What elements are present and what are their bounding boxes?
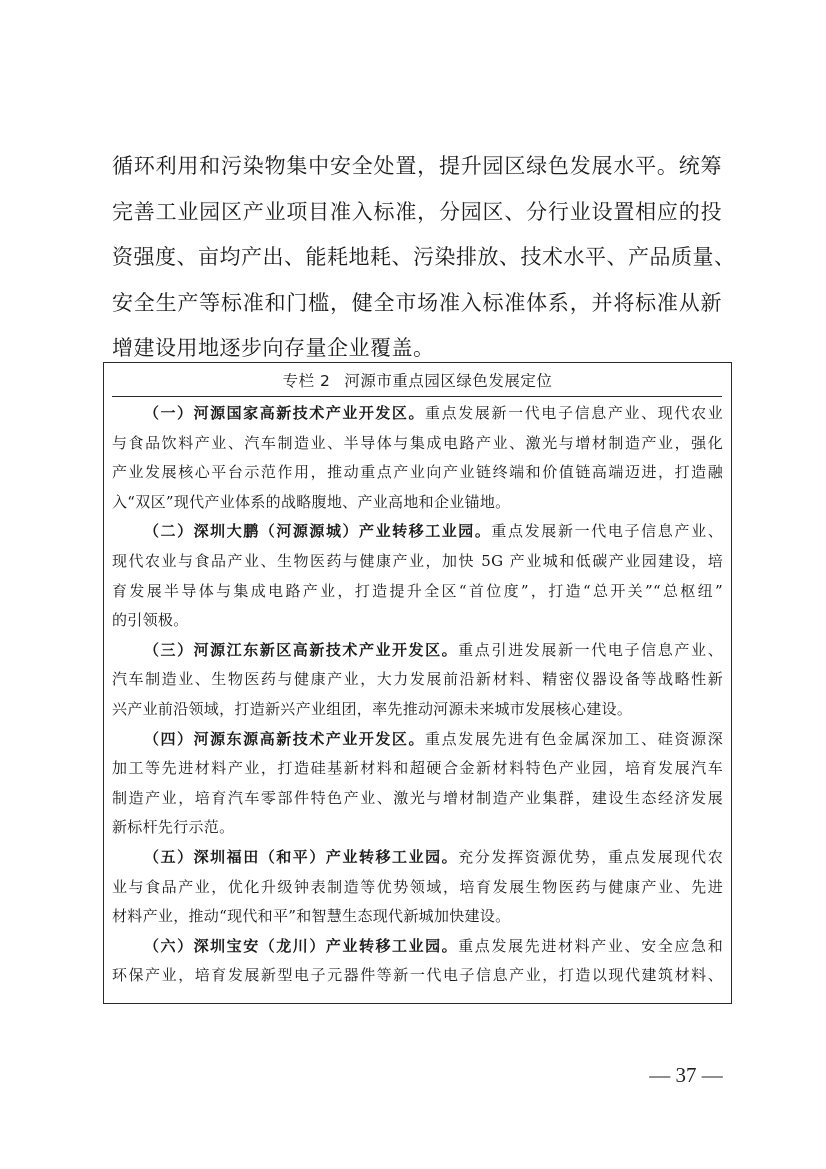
box-title: 专栏 2河源市重点园区绿色发展定位 (104, 369, 731, 393)
box-item-text: 重点发展新一代电子信息产业、现代农业 (425, 404, 723, 422)
body-paragraph: 循环利用和污染物集中安全处置，提升园区绿色发展水平。统筹 完善工业园区产业项目准… (112, 144, 722, 372)
box-body: （一）河源国家高新技术产业开发区。重点发展新一代电子信息产业、现代农业 与食品饮… (112, 399, 723, 991)
body-line: 完善工业园区产业项目准入标准，分园区、分行业设置相应的投 (112, 190, 722, 236)
box-item-first-line: （一）河源国家高新技术产业开发区。重点发展新一代电子信息产业、现代农业 (112, 399, 723, 429)
box-item-text: 重点发展先进材料产业、安全应急和 (458, 937, 723, 955)
box-item-heading: （二）深圳大鹏（河源源城）产业转移工业园。 (144, 522, 491, 540)
box-item-line: 材料产业，推动“现代和平”和智慧生态现代新城加快建设。 (112, 902, 723, 932)
box-item-first-line: （三）河源江东新区高新技术产业开发区。重点引进发展新一代电子信息产业、 (112, 636, 723, 666)
box-item-line: 育发展半导体与集成电路产业，打造提升全区“首位度”，打造“总开关”“总枢纽” (112, 577, 723, 607)
box-item-first-line: （四）河源东源高新技术产业开发区。重点发展先进有色金属深加工、硅资源深 (112, 725, 723, 755)
box-item-line: 制造产业，培育汽车零部件特色产业、激光与增材制造产业集群，建设生态经济发展 (112, 784, 723, 814)
box-item-line: 业与食品产业，优化升级钟表制造等优势领域，培育发展生物医药与健康产业、先进 (112, 873, 723, 903)
body-line: 资强度、亩均产出、能耗地耗、污染排放、技术水平、产品质量、 (112, 235, 722, 281)
box-item-line: 产业发展核心平台示范作用，推动重点产业向产业链终端和价值链高端迈进，打造融 (112, 458, 723, 488)
box-item-text: 重点发展先进有色金属深加工、硅资源深 (425, 730, 723, 748)
box-item-line: 入“双区”现代产业体系的战略腹地、产业高地和企业锚地。 (112, 488, 723, 518)
box-item-line: 与食品饮料产业、汽车制造业、半导体与集成电路产业、激光与增材制造产业，强化 (112, 429, 723, 459)
box-item-first-line: （二）深圳大鹏（河源源城）产业转移工业园。重点发展新一代电子信息产业、 (112, 517, 723, 547)
box-item-heading: （三）河源江东新区高新技术产业开发区。 (144, 641, 458, 659)
box-item-heading: （一）河源国家高新技术产业开发区。 (144, 404, 425, 422)
box-item-text: 重点引进发展新一代电子信息产业、 (458, 641, 723, 659)
box-title-divider (112, 396, 722, 397)
body-line: 循环利用和污染物集中安全处置，提升园区绿色发展水平。统筹 (112, 144, 722, 190)
body-line: 安全生产等标准和门槛，健全市场准入标准体系，并将标准从新 (112, 281, 722, 327)
box-item-heading: （五）深圳福田（和平）产业转移工业园。 (144, 848, 458, 866)
box-item-line: 加工等先进材料产业，打造硅基新材料和超硬合金新材料特色产业园，培育发展汽车 (112, 754, 723, 784)
box-title-number: 专栏 2 (283, 372, 331, 390)
box-title-text: 河源市重点园区绿色发展定位 (344, 372, 552, 390)
box-item-text: 充分发挥资源优势，重点发展现代农 (458, 848, 723, 866)
page-number: — 37 — (640, 1062, 732, 1088)
box-item-heading: （六）深圳宝安（龙川）产业转移工业园。 (144, 937, 458, 955)
box-item-line: 新标杆先行示范。 (112, 813, 723, 843)
box-item-line: 的引领极。 (112, 606, 723, 636)
box-item-line: 兴产业前沿领域，打造新兴产业组团，率先推动河源未来城市发展核心建设。 (112, 695, 723, 725)
box-item-first-line: （五）深圳福田（和平）产业转移工业园。充分发挥资源优势，重点发展现代农 (112, 843, 723, 873)
sidebar-box-zhuanlan: 专栏 2河源市重点园区绿色发展定位 （一）河源国家高新技术产业开发区。重点发展新… (103, 362, 732, 1004)
box-item-text: 重点发展新一代电子信息产业、 (491, 522, 723, 540)
box-item-first-line: （六）深圳宝安（龙川）产业转移工业园。重点发展先进材料产业、安全应急和 (112, 932, 723, 962)
box-item-line: 汽车制造业、生物医药与健康产业，大力发展前沿新材料、精密仪器设备等战略性新 (112, 665, 723, 695)
box-item-heading: （四）河源东源高新技术产业开发区。 (144, 730, 425, 748)
box-item-line: 现代农业与食品产业、生物医药与健康产业，加快 5G 产业城和低碳产业园建设，培 (112, 547, 723, 577)
box-item-line: 环保产业，培育发展新型电子元器件等新一代电子信息产业，打造以现代建筑材料、 (112, 961, 723, 991)
